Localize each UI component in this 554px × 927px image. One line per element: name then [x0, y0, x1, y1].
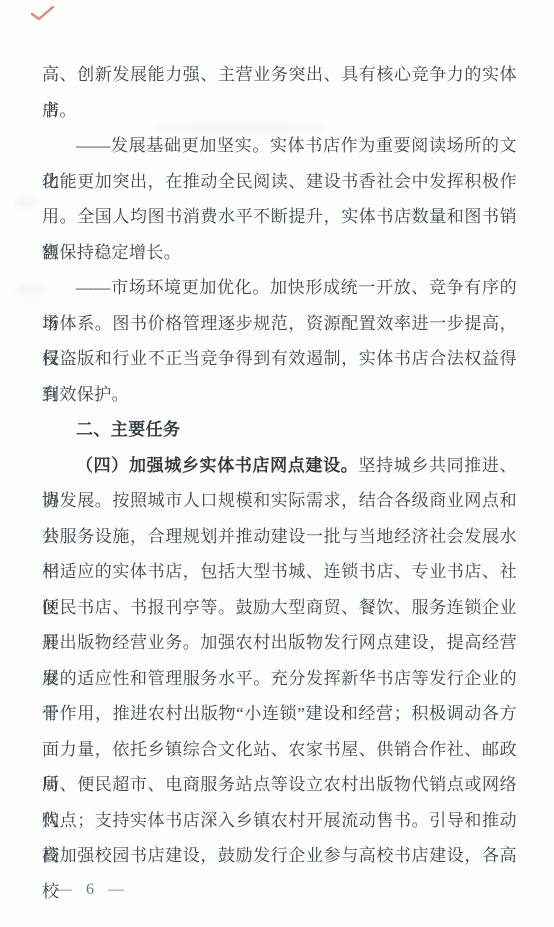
- page-number: — 6 —: [56, 881, 125, 899]
- text-line: （四）加强城乡实体书店网点建设。坚持城乡共同推进、协: [42, 448, 517, 484]
- text-line: ——市场环境更加优化。加快形成统一开放、竞争有序的市: [42, 270, 517, 306]
- text-line: 购点；支持实体书店深入乡镇农村开展流动售书。引导和推动高: [42, 803, 517, 839]
- scan-smudge: [14, 196, 38, 208]
- text-line: 店。: [42, 93, 517, 129]
- text-line: 校加强校园书店建设，鼓励发行企业参与高校书店建设，各高校: [42, 838, 517, 874]
- red-pen-mark-icon: [30, 4, 56, 22]
- text-line: 展的适应性和管理服务水平。充分发挥新华书店等发行企业的骨: [42, 661, 517, 697]
- text-line: 所、便民超市、电商服务站点等设立农村出版物代销点或网络代: [42, 767, 517, 803]
- text-line: 功能更加突出，在推动全民阅读、建设书香社会中发挥积极作: [42, 164, 517, 200]
- text-line: ——发展基础更加坚实。实体书店作为重要阅读场所的文化: [42, 128, 517, 164]
- text-line: 场体系。图书价格管理逐步规范，资源配置效率进一步提高，侵: [42, 306, 517, 342]
- text-line: 面力量，依托乡镇综合文化站、农家书屋、供销合作社、邮政局: [42, 732, 517, 768]
- text-line: 共服务设施，合理规划并推动建设一批与当地经济社会发展水平: [42, 519, 517, 555]
- section-heading: 二、主要任务: [42, 412, 517, 448]
- text-line: 高、创新发展能力强、主营业务突出、具有核心竞争力的实体书: [42, 57, 517, 93]
- text-line: 调发展。按照城市人口规模和实际需求，结合各级商业网点和公: [42, 483, 517, 519]
- text-line: 有效保护。: [42, 377, 517, 413]
- text-line: 展出版物经营业务。加强农村出版物发行网点建设，提高经营发: [42, 625, 517, 661]
- bold-lead-in: （四）加强城乡实体书店网点建设。: [76, 456, 358, 475]
- text-line: 权盗版和行业不正当竞争得到有效遏制，实体书店合法权益得到: [42, 341, 517, 377]
- text-line: 相适应的实体书店，包括大型书城、连锁书店、专业书店、社区: [42, 554, 517, 590]
- document-page: 高、创新发展能力强、主营业务突出、具有核心竞争力的实体书店。——发展基础更加坚实…: [0, 0, 554, 927]
- text-line: 额保持稳定增长。: [42, 235, 517, 271]
- text-line: 用。全国人均图书消费水平不断提升，实体书店数量和图书销售: [42, 199, 517, 235]
- document-body: 高、创新发展能力强、主营业务突出、具有核心竞争力的实体书店。——发展基础更加坚实…: [42, 57, 517, 874]
- text-line: 便民书店、书报刊亭等。鼓励大型商贸、餐饮、服务连锁企业开: [42, 590, 517, 626]
- text-line: 干作用，推进农村出版物“小连锁”建设和经营；积极调动各方: [42, 696, 517, 732]
